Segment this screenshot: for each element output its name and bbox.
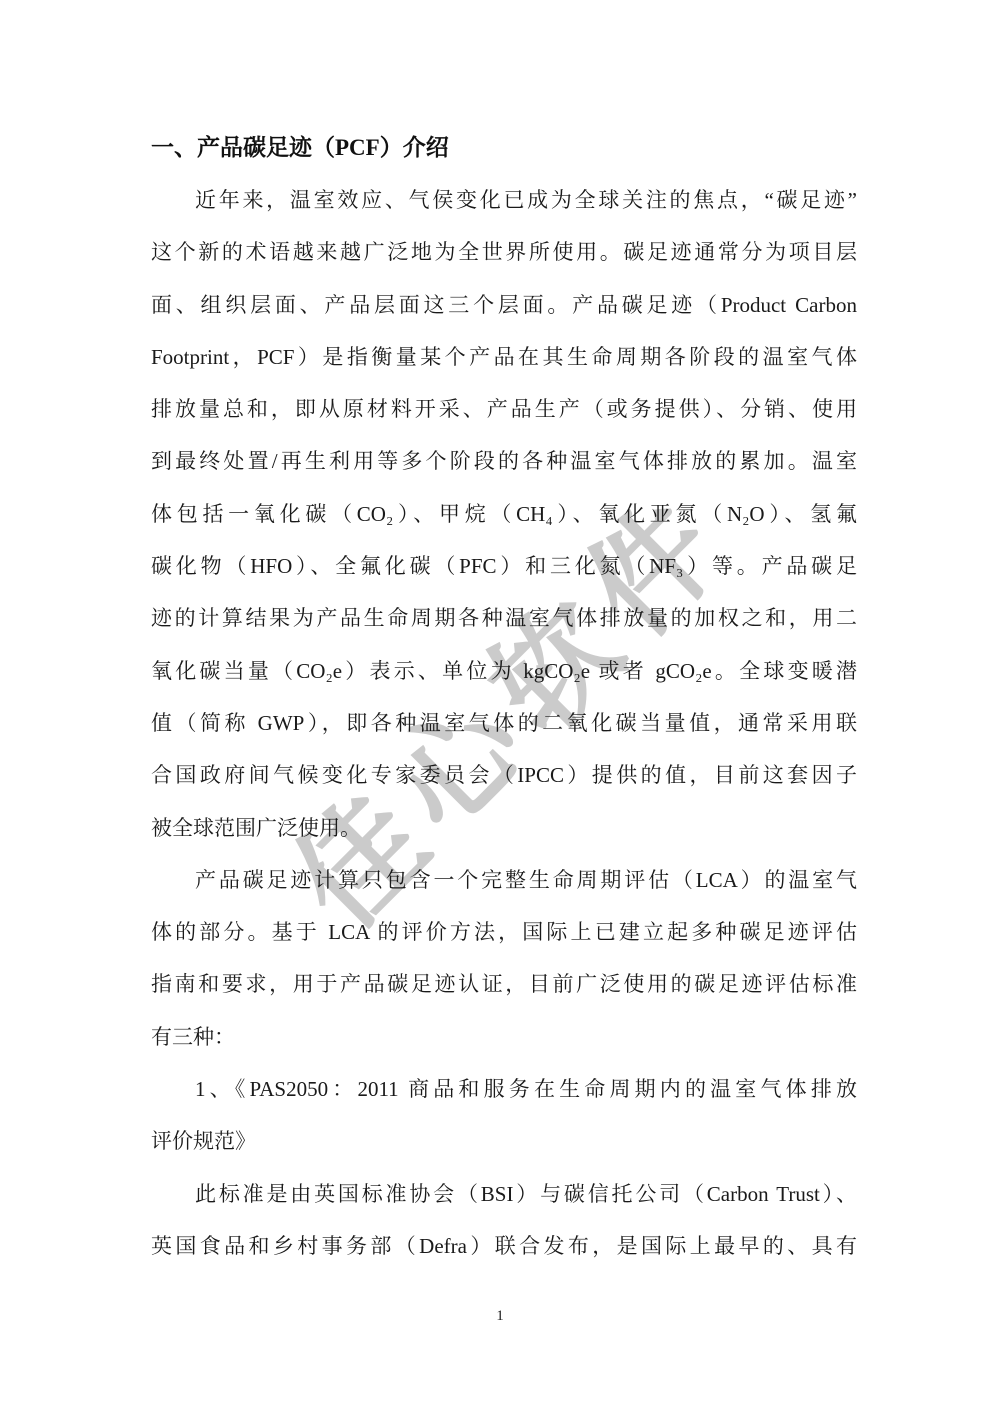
text-line: 英国食品和乡村事务部（Defra）联合发布，是国际上最早的、具有 — [151, 1220, 857, 1272]
text-line: 1、《PAS2050：2011 商品和服务在生命周期内的温室气体排放 — [151, 1063, 857, 1115]
text-line: 碳化物（HFO）、全氟化碳（PFC）和三化氮（NF₃）等。产品碳足 — [151, 540, 857, 592]
text-line: 指南和要求，用于产品碳足迹认证，目前广泛使用的碳足迹评估标准 — [151, 958, 857, 1010]
text-line: 体的部分。基于 LCA 的评价方法，国际上已建立起多种碳足迹评估 — [151, 906, 857, 958]
text-line: 这个新的术语越来越广泛地为全世界所使用。碳足迹通常分为项目层 — [151, 226, 857, 278]
text-line: 面、组织层面、产品层面这三个层面。产品碳足迹（Product Carbon — [151, 279, 857, 331]
text-line: 排放量总和，即从原材料开采、产品生产（或务提供）、分销、使用 — [151, 383, 857, 435]
text-line: 近年来，温室效应、气侯变化已成为全球关注的焦点，“碳足迹” — [151, 174, 857, 226]
text-line: Footprint，PCF）是指衡量某个产品在其生命周期各阶段的温室气体 — [151, 331, 857, 383]
text-line: 到最终处置/再生利用等多个阶段的各种温室气体排放的累加。温室 — [151, 435, 857, 487]
text-line: 迹的计算结果为产品生命周期各种温室气体排放量的加权之和，用二 — [151, 592, 857, 644]
text-line: 氧化碳当量（CO₂e）表示、单位为 kgCO₂e 或者 gCO₂e。全球变暖潜 — [151, 645, 857, 697]
text-line: 值（简称 GWP），即各种温室气体的二氧化碳当量值，通常采用联 — [151, 697, 857, 749]
text-line: 体包括一氧化碳（CO₂）、甲烷（CH₄）、氧化亚氮（N₂O）、氢氟 — [151, 488, 857, 540]
text-line: 评价规范》 — [151, 1115, 857, 1167]
document-page: 佳心软件 一、产品碳足迹（PCF）介绍 近年来，温室效应、气侯变化已成为全球关注… — [0, 0, 1000, 1414]
text-line: 有三种： — [151, 1011, 857, 1063]
document-content: 一、产品碳足迹（PCF）介绍 近年来，温室效应、气侯变化已成为全球关注的焦点，“… — [151, 122, 857, 1272]
text-line: 被全球范围广泛使用。 — [151, 802, 857, 854]
section-heading: 一、产品碳足迹（PCF）介绍 — [151, 122, 857, 174]
text-line: 此标准是由英国标准协会（BSI）与碳信托公司（Carbon Trust）、 — [151, 1168, 857, 1220]
page-number: 1 — [0, 1303, 1000, 1329]
document-body: 近年来，温室效应、气侯变化已成为全球关注的焦点，“碳足迹”这个新的术语越来越广泛… — [151, 174, 857, 1272]
text-line: 合国政府间气候变化专家委员会（IPCC）提供的值，目前这套因子 — [151, 749, 857, 801]
text-line: 产品碳足迹计算只包含一个完整生命周期评估（LCA）的温室气 — [151, 854, 857, 906]
